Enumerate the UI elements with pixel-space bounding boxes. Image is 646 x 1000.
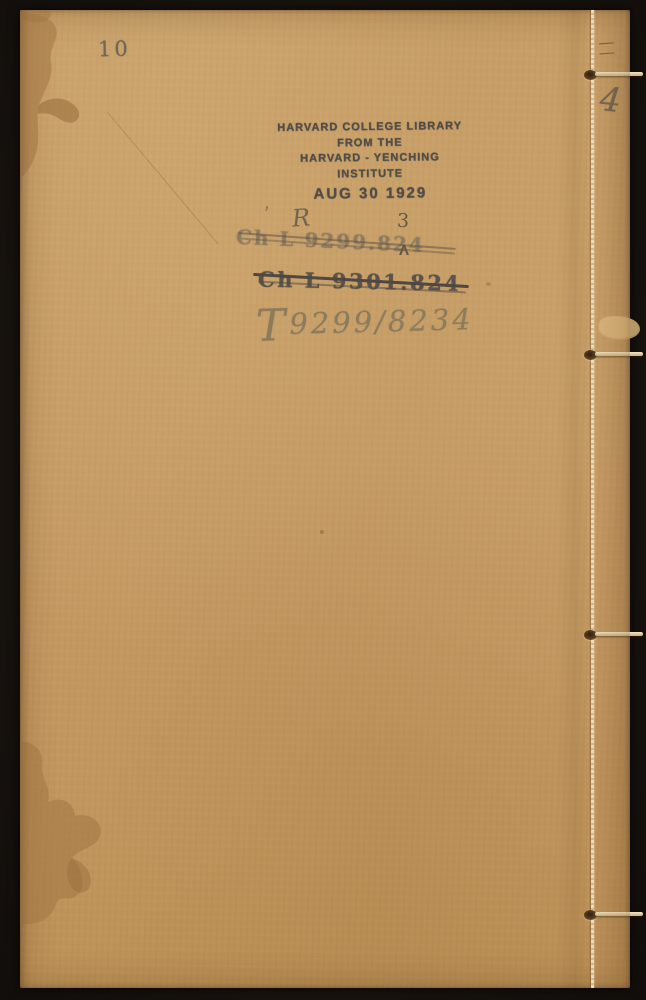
paper-speck: [320, 530, 324, 534]
library-stamp: HARVARD COLLEGE LIBRARY FROM THE HARVARD…: [220, 118, 521, 204]
tally-stroke: —: [599, 47, 622, 59]
book-cover: 10 HARVARD COLLEGE LIBRARY FROM THE HARV…: [20, 10, 630, 988]
binding-stitch: [584, 349, 646, 361]
binding-thread-horizontal: [595, 352, 643, 356]
fascicle-number: 4: [598, 79, 623, 120]
stain-top-corner: [20, 10, 51, 23]
binding-stitch: [584, 909, 646, 921]
library-stamp-date: AUG 30 1929: [220, 182, 520, 204]
stain-top-left: [20, 14, 57, 179]
scan-background: 10 HARVARD COLLEGE LIBRARY FROM THE HARV…: [0, 0, 646, 1000]
binding-thread-horizontal: [595, 632, 643, 636]
pencil-inserted-digit: 3: [396, 210, 409, 233]
binding-thread-horizontal: [595, 72, 643, 76]
corner-number-stamp: 10: [98, 37, 131, 62]
stain-bottom-left: [20, 742, 101, 925]
crease-scratch: [107, 112, 218, 244]
binding-stitch: [584, 69, 646, 81]
call-number-handwritten: T9299/8234: [255, 299, 474, 349]
stain-bottom-left-arm: [67, 858, 91, 893]
edge-tally-marks: — —: [598, 37, 621, 58]
binding-stitch: [584, 629, 646, 641]
paper-chip: [598, 316, 640, 340]
handwritten-number: 9299/8234: [289, 302, 474, 341]
stain-top-left-hook: [38, 99, 79, 123]
pencil-tick: ’: [260, 203, 270, 226]
handwritten-prefix: T: [255, 300, 286, 352]
library-stamp-line: INSTITUTE: [220, 165, 520, 184]
binding-thread-horizontal: [595, 912, 643, 916]
binding-thread-vertical: [591, 10, 594, 988]
